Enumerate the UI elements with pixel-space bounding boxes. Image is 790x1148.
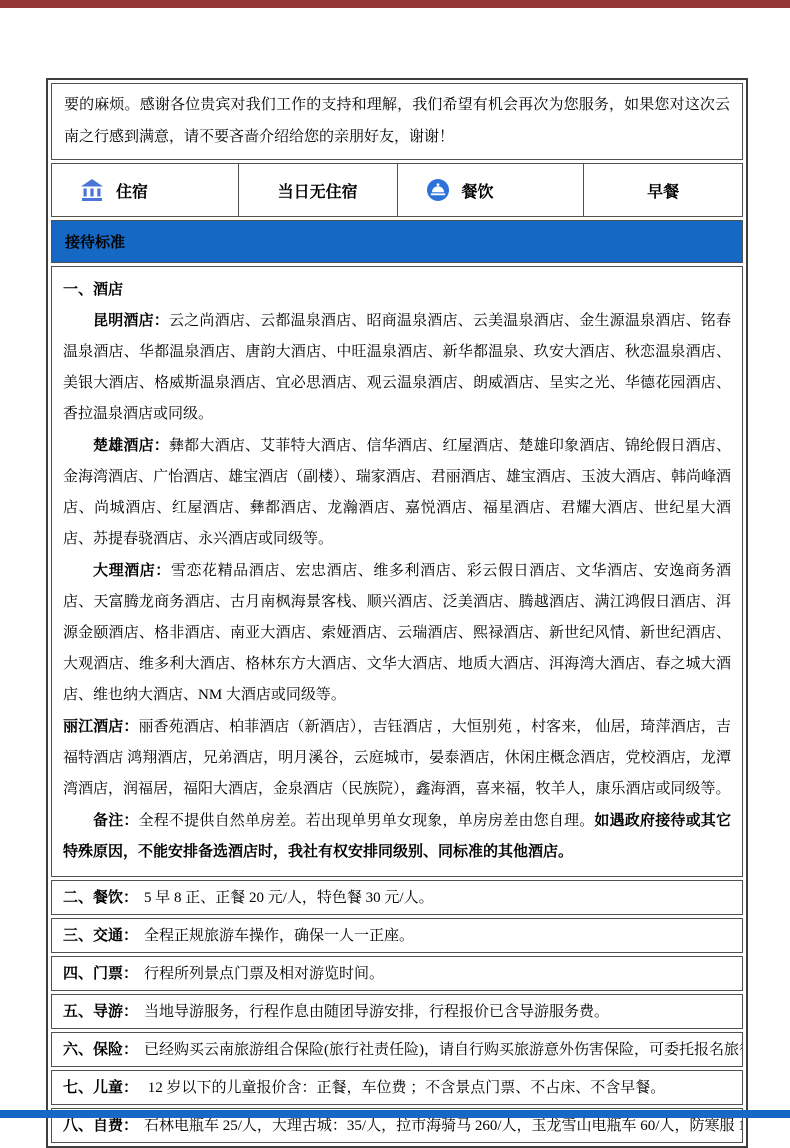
row-insurance: 六、保险：已经购买云南旅游组合保险(旅行社责任险)，请自行购买旅游意外伤害保险，… xyxy=(51,1032,743,1067)
lijiang-hotels-list: 丽香苑酒店、柏菲酒店（新酒店），吉钰酒店 ，大恒别苑 ，村客来， 仙居，琦萍酒店… xyxy=(63,719,731,797)
breakfast-cell: 早餐 xyxy=(584,164,742,216)
row-dining: 二、餐饮：5 早 8 正、正餐 20 元/人，特色餐 30 元/人。 xyxy=(51,880,743,915)
chuxiong-hotels-label: 楚雄酒店： xyxy=(93,437,169,454)
row-transport: 三、交通：全程正规旅游车操作，确保一人一正座。 xyxy=(51,918,743,953)
row-children-text: 12 岁以下的儿童报价含：正餐，车位费 ；不含景点门票、不占床、不含早餐。 xyxy=(144,1080,665,1096)
accommodation-label: 住宿 xyxy=(116,179,148,202)
row-tickets: 四、门票：行程所列景点门票及相对游览时间。 xyxy=(51,956,743,991)
row-guide-label: 五、导游： xyxy=(63,1003,138,1020)
intro-text: 要的麻烦。感谢各位贵宾对我们工作的支持和理解，我们希望有机会再次为您服务，如果您… xyxy=(64,97,730,145)
cropped-blue-header-row xyxy=(0,1110,790,1118)
chuxiong-hotels-list: 彝都大酒店、艾菲特大酒店、信华酒店、红屋酒店、楚雄印象酒店、锦纶假日酒店、金海湾… xyxy=(63,438,731,547)
row-dining-text: 5 早 8 正、正餐 20 元/人，特色餐 30 元/人。 xyxy=(144,890,434,906)
dining-cell: 餐饮 xyxy=(398,164,585,216)
lijiang-hotels: 丽江酒店：丽香苑酒店、柏菲酒店（新酒店），吉钰酒店 ，大恒别苑 ，村客来， 仙居… xyxy=(63,711,731,805)
hotels-note-text: 全程不提供自然单房差。若出现单男单女现象，单房房差由您自理。 xyxy=(139,812,595,829)
row-dining-label: 二、餐饮： xyxy=(63,889,138,906)
row-children-label: 七、儿童： xyxy=(63,1079,138,1096)
cloche-icon xyxy=(426,178,450,202)
breakfast-label: 早餐 xyxy=(647,179,679,202)
row-tickets-label: 四、门票： xyxy=(63,965,138,982)
row-guide-text: 当地导游服务，行程作息由随团导游安排，行程报价已含导游服务费。 xyxy=(144,1004,609,1020)
hotels-section: 一、酒店 昆明酒店：云之尚酒店、云都温泉酒店、昭商温泉酒店、云美温泉酒店、金生源… xyxy=(51,266,743,877)
lijiang-hotels-label: 丽江酒店： xyxy=(63,718,138,735)
hotels-section-title: 一、酒店 xyxy=(63,274,731,305)
kunming-hotels-label: 昆明酒店： xyxy=(93,312,169,329)
row-children: 七、儿童： 12 岁以下的儿童报价含：正餐，车位费 ；不含景点门票、不占床、不含… xyxy=(51,1070,743,1105)
chuxiong-hotels: 楚雄酒店：彝都大酒店、艾菲特大酒店、信华酒店、红屋酒店、楚雄印象酒店、锦纶假日酒… xyxy=(63,430,731,555)
accommodation-cell: 住宿 xyxy=(52,164,239,216)
dali-hotels: 大理酒店：雪恋花精品酒店、宏忠酒店、维多利酒店、彩云假日酒店、文华酒店、安逸商务… xyxy=(63,555,731,711)
no-accommodation-cell: 当日无住宿 xyxy=(239,164,398,216)
dali-hotels-label: 大理酒店： xyxy=(93,562,171,579)
no-accommodation-label: 当日无住宿 xyxy=(278,179,358,202)
row-insurance-label: 六、保险： xyxy=(63,1041,138,1058)
row-guide: 五、导游：当地导游服务，行程作息由随团导游安排，行程报价已含导游服务费。 xyxy=(51,994,743,1029)
row-transport-label: 三、交通： xyxy=(63,927,138,944)
intro-paragraph: 要的麻烦。感谢各位贵宾对我们工作的支持和理解，我们希望有机会再次为您服务，如果您… xyxy=(51,83,743,160)
section-header-label: 接待标准 xyxy=(65,231,125,252)
kunming-hotels: 昆明酒店：云之尚酒店、云都温泉酒店、昭商温泉酒店、云美温泉酒店、金生源温泉酒店、… xyxy=(63,305,731,430)
bank-building-icon xyxy=(80,178,104,202)
dining-label: 餐饮 xyxy=(462,179,494,202)
hotels-note-label: 备注： xyxy=(93,812,139,829)
cropped-red-header-row xyxy=(0,0,790,8)
row-tickets-text: 行程所列景点门票及相对游览时间。 xyxy=(144,966,384,982)
day-summary-row: 住宿 当日无住宿 餐饮 早餐 xyxy=(51,163,743,217)
hotels-note: 备注：全程不提供自然单房差。若出现单男单女现象，单房房差由您自理。如遇政府接待或… xyxy=(63,805,731,867)
row-transport-text: 全程正规旅游车操作，确保一人一正座。 xyxy=(144,928,414,944)
dali-hotels-list: 雪恋花精品酒店、宏忠酒店、维多利酒店、彩云假日酒店、文华酒店、安逸商务酒店、天富… xyxy=(63,563,731,703)
reception-standards-table: 要的麻烦。感谢各位贵宾对我们工作的支持和理解，我们希望有机会再次为您服务，如果您… xyxy=(46,78,748,1118)
section-header-bar: 接待标准 xyxy=(51,220,743,263)
row-insurance-text: 已经购买云南旅游组合保险(旅行社责任险)，请自行购买旅游意外伤害保险，可委托报名… xyxy=(144,1042,743,1058)
kunming-hotels-list: 云之尚酒店、云都温泉酒店、昭商温泉酒店、云美温泉酒店、金生源温泉酒店、铭春温泉酒… xyxy=(63,313,731,422)
